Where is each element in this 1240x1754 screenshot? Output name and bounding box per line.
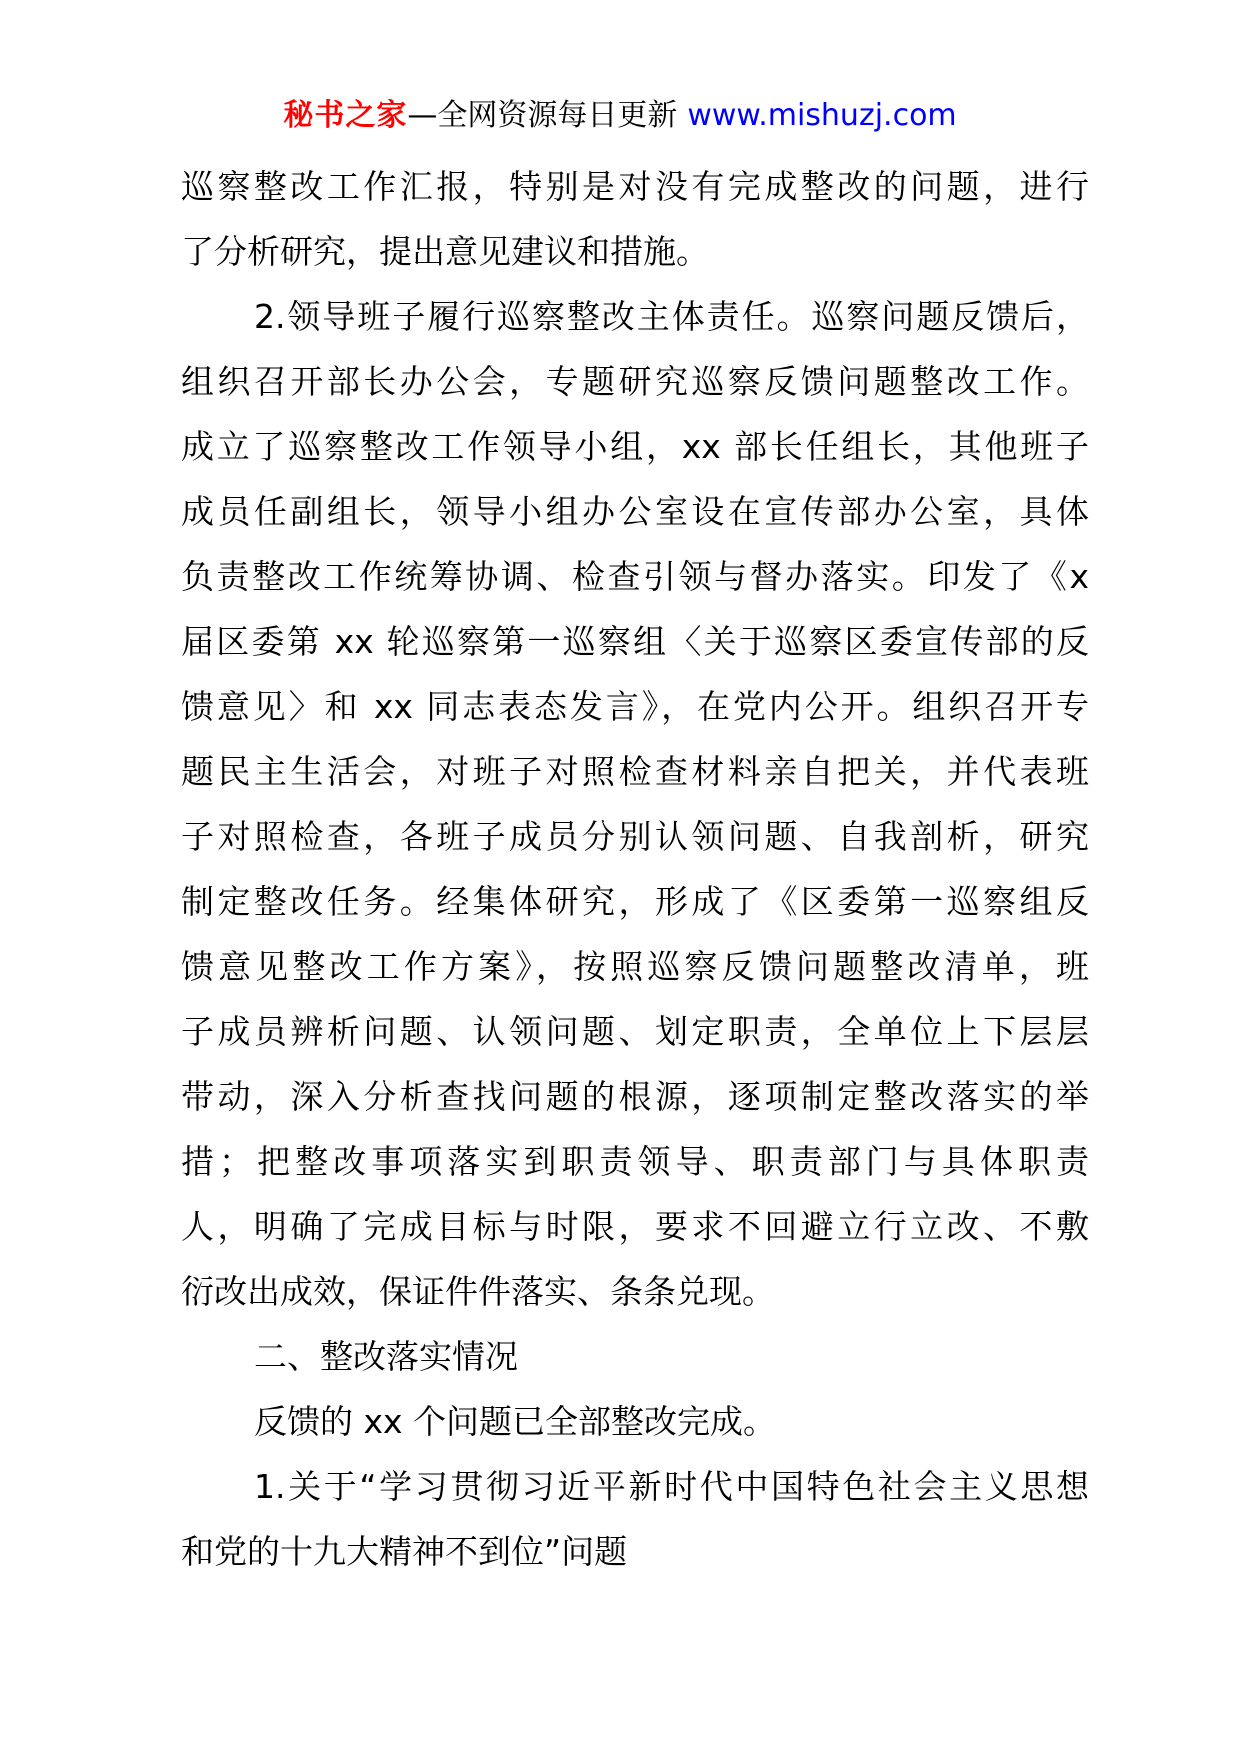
text-line: 了分析研究，提出意见建议和措施。 [181,219,1089,284]
text-line: 题民主生活会，对班子对照检查材料亲自把关，并代表班 [181,739,1089,804]
site-header: 秘书之家—全网资源每日更新www.mishuzj.com [0,0,1240,138]
document-body: 巡察整改工作汇报，特别是对没有完成整改的问题，进行了分析研究，提出意见建议和措施… [181,154,1089,1584]
text-line: 人，明确了完成目标与时限，要求不回避立行立改、不敷 [181,1194,1089,1259]
site-url-link[interactable]: www.mishuzj.com [687,98,956,133]
text-line: 2.领导班子履行巡察整改主体责任。巡察问题反馈后， [181,284,1089,349]
document-page: 秘书之家—全网资源每日更新www.mishuzj.com 巡察整改工作汇报，特别… [0,0,1240,1754]
text-line: 二、整改落实情况 [181,1324,1089,1389]
text-line: 1.关于“学习贯彻习近平新时代中国特色社会主义思想 [181,1454,1089,1519]
text-line: 馈意见〉和 xx 同志表态发言》，在党内公开。组织召开专 [181,674,1089,739]
text-line: 衍改出成效，保证件件落实、条条兑现。 [181,1259,1089,1324]
text-line: 成员任副组长，领导小组办公室设在宣传部办公室，具体 [181,479,1089,544]
text-line: 负责整改工作统筹协调、检查引领与督办落实。印发了《x [181,544,1089,609]
text-line: 子对照检查，各班子成员分别认领问题、自我剖析，研究 [181,804,1089,869]
text-line: 措；把整改事项落实到职责领导、职责部门与具体职责 [181,1129,1089,1194]
text-line: 和党的十九大精神不到位”问题 [181,1519,1089,1584]
text-line: 组织召开部长办公会，专题研究巡察反馈问题整改工作。 [181,349,1089,414]
text-line: 成立了巡察整改工作领导小组，xx 部长任组长，其他班子 [181,414,1089,479]
text-line: 反馈的 xx 个问题已全部整改完成。 [181,1389,1089,1454]
text-line: 馈意见整改工作方案》，按照巡察反馈问题整改清单，班 [181,934,1089,999]
text-line: 子成员辨析问题、认领问题、划定职责，全单位上下层层 [181,999,1089,1064]
text-line: 届区委第 xx 轮巡察第一巡察组〈关于巡察区委宣传部的反 [181,609,1089,674]
site-brand: 秘书之家 [283,98,407,133]
text-line: 巡察整改工作汇报，特别是对没有完成整改的问题，进行 [181,154,1089,219]
text-line: 制定整改任务。经集体研究，形成了《区委第一巡察组反 [181,869,1089,934]
text-line: 带动，深入分析查找问题的根源，逐项制定整改落实的举 [181,1064,1089,1129]
site-tagline: —全网资源每日更新 [407,98,677,133]
